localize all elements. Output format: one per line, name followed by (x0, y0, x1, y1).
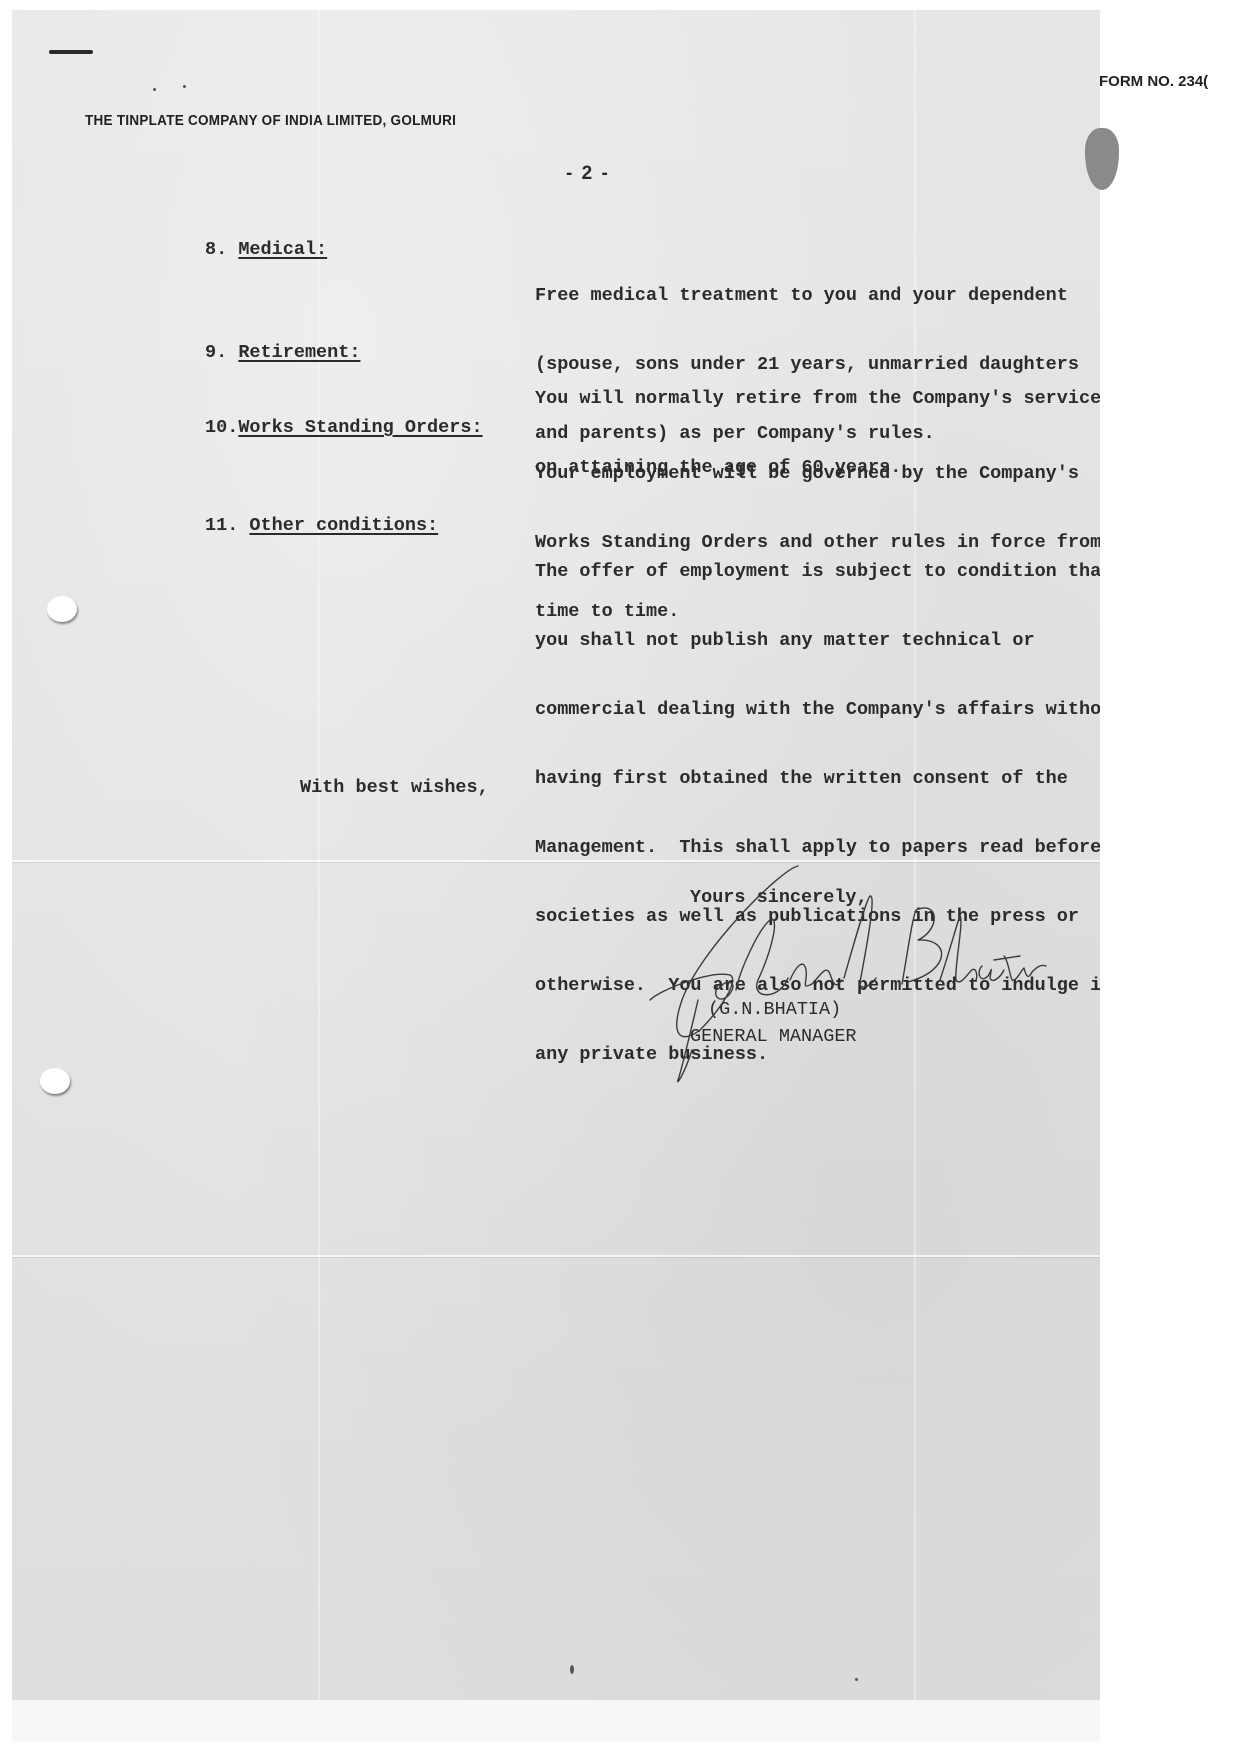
clause-label-medical: 8. Medical: (205, 238, 327, 261)
clause-label-standing-orders: 10.Works Standing Orders: (205, 416, 483, 439)
form-number: FORM NO. 234( (1099, 73, 1241, 90)
crease-line (318, 10, 320, 1700)
clause-number: 11. (205, 515, 238, 536)
speck (855, 1678, 858, 1681)
clause-title: Works Standing Orders: (238, 417, 482, 438)
punch-hole (40, 1068, 70, 1094)
clause-number: 10. (205, 417, 238, 438)
clause-label-other-conditions: 11. Other conditions: (205, 514, 438, 537)
clause-title: Other conditions: (249, 515, 438, 536)
pen-mark (49, 50, 93, 54)
company-letterhead: THE TINPLATE COMPANY OF INDIA LIMITED, G… (85, 113, 456, 129)
clause-number: 9. (205, 342, 227, 363)
clause-label-retirement: 9. Retirement: (205, 341, 360, 364)
speck (183, 85, 186, 88)
page-number: - 2 - (566, 163, 610, 185)
speck (570, 1665, 574, 1674)
closing-wishes: With best wishes, (300, 776, 489, 799)
scan-edge (1100, 0, 1241, 1754)
clause-title: Medical: (238, 239, 327, 260)
speck (153, 88, 156, 91)
handwritten-signature (640, 860, 1060, 1090)
clause-number: 8. (205, 239, 227, 260)
scan-margin (12, 1700, 1241, 1742)
clause-title: Retirement: (238, 342, 360, 363)
punch-hole (47, 596, 77, 622)
fold-line (12, 1255, 1100, 1257)
